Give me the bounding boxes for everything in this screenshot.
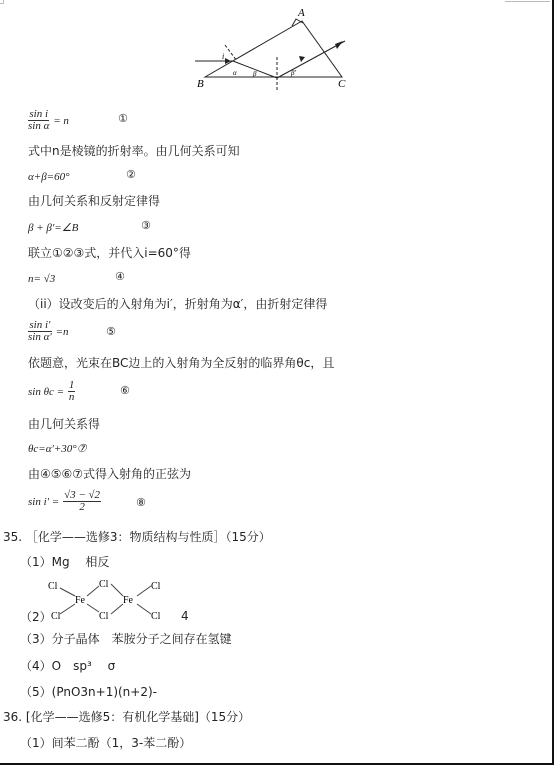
equation-marker: ③	[141, 219, 151, 232]
text-line: 由几何关系和反射定律得	[28, 193, 160, 209]
document-page: A B C i α β β′ sin isin α = n ① 式中n是棱镜的折…	[0, 0, 554, 765]
equation-3: β + β′=∠B	[28, 220, 78, 236]
svg-text:Cl: Cl	[99, 579, 109, 590]
svg-text:β: β	[252, 70, 257, 78]
text-line: （ii）设改变后的入射角为i′，折射角为α′，由折射定律得	[28, 296, 327, 312]
question-36-title: 36. [化学——选修5：有机化学基础]（15分）	[3, 708, 250, 725]
svg-text:B: B	[197, 78, 204, 90]
answer-36-1: （1）间苯二酚（1，3-苯二酚）	[20, 734, 191, 751]
text-line: 式中n是棱镜的折射率。由几何关系可知	[28, 143, 240, 159]
svg-text:Cl: Cl	[151, 581, 161, 592]
text-line: 由几何关系得	[28, 416, 100, 432]
equation-2: α+β=60°	[28, 169, 70, 185]
answer-35-1: （1）Mg 相反	[20, 553, 109, 570]
equation-7: θc=α′+30°⑦	[28, 441, 87, 457]
page-corner-mark	[505, 0, 550, 2]
text-line: 依题意，光束在BC边上的入射角为全反射的临界角θc，且	[28, 355, 334, 371]
question-35-title: 35. ［化学——选修3：物质结构与性质］（15分）	[3, 528, 271, 545]
svg-text:α: α	[233, 69, 237, 77]
svg-text:C: C	[338, 78, 346, 90]
text-line: 联立①②③式，并代入i=60°得	[28, 245, 191, 261]
answer-35-2-value: 4	[181, 609, 189, 623]
equation-5: sin i′sin α′ =n	[28, 320, 69, 343]
answer-35-5: （5）(PnO3n+1)(n+2)-	[20, 683, 157, 700]
equation-marker: ⑥	[120, 384, 130, 397]
equation-4: n= √3	[28, 271, 55, 287]
svg-text:Cl: Cl	[48, 581, 58, 592]
answer-35-3: （3）分子晶体 苯胺分子之间存在氢键	[20, 630, 232, 647]
equation-1: sin isin α = n	[28, 109, 69, 132]
svg-text:Cl: Cl	[99, 611, 109, 622]
equation-marker: ⑤	[106, 325, 116, 338]
svg-text:Cl: Cl	[151, 611, 161, 622]
equation-6: sin θc = 1n	[28, 380, 75, 403]
svg-text:Fe: Fe	[75, 595, 86, 606]
svg-text:β′: β′	[290, 69, 296, 77]
svg-text:A: A	[297, 7, 305, 19]
equation-marker: ②	[126, 168, 136, 181]
svg-text:Fe: Fe	[123, 595, 134, 606]
svg-text:Cl: Cl	[51, 611, 61, 622]
svg-text:i: i	[222, 52, 224, 61]
equation-marker: ①	[118, 112, 128, 125]
equation-marker: ④	[115, 270, 125, 283]
page-corner-mark	[0, 0, 4, 4]
fe2cl6-structure: Cl Cl Cl Fe Fe Cl Cl Cl	[45, 576, 170, 622]
equation-8: sin i′ = √3 − √22	[28, 490, 101, 513]
text-line: 由④⑤⑥⑦式得入射角的正弦为	[28, 466, 191, 482]
answer-35-4: （4）O sp³ σ	[20, 657, 115, 674]
prism-diagram: A B C i α β β′	[195, 5, 355, 90]
equation-marker: ⑧	[136, 496, 146, 509]
